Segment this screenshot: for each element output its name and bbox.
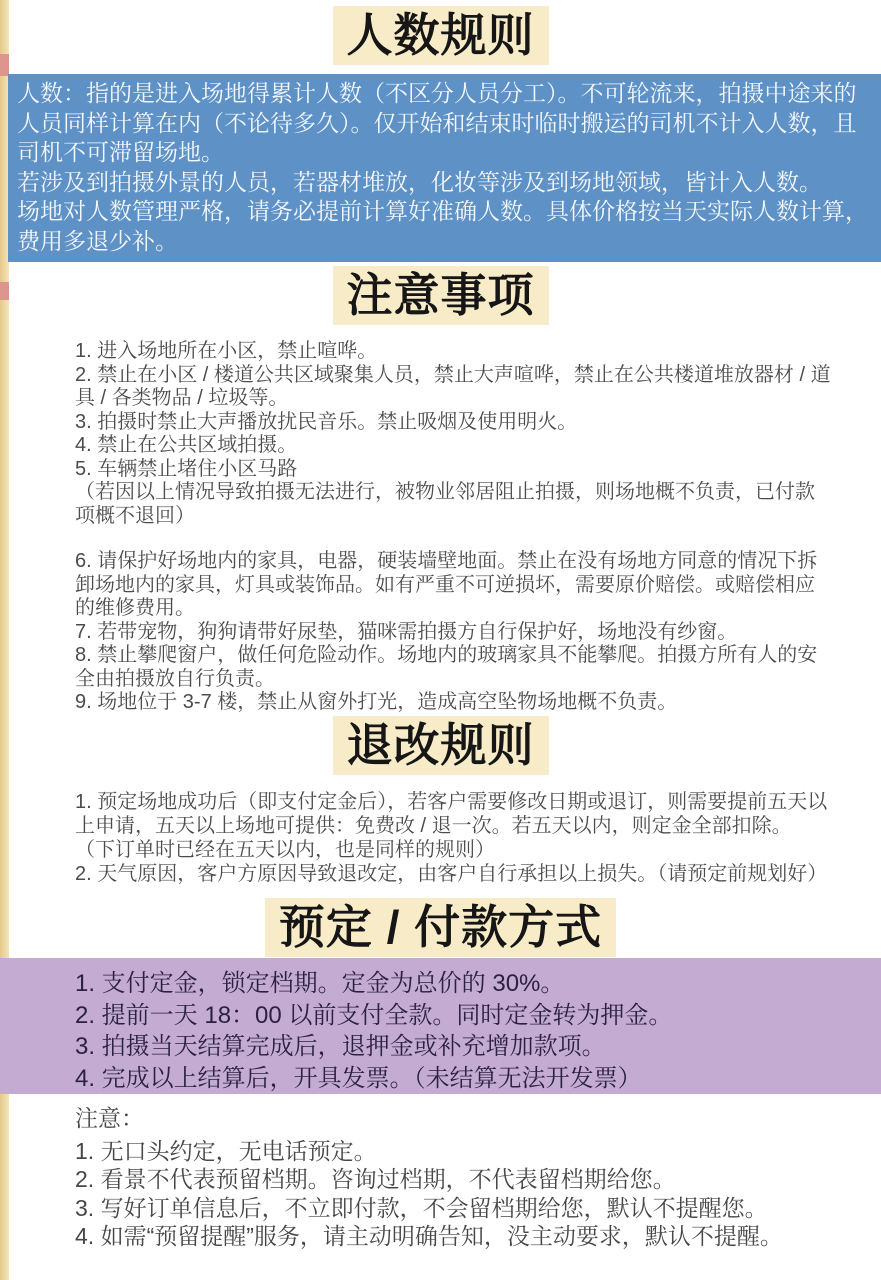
list-item: （下订单时已经在五天以内，也是同样的规则） [75, 838, 831, 862]
list-item: 9. 场地位于 3-7 楼，禁止从窗外打光，造成高空坠物场地概不负责。 [75, 691, 831, 715]
section-title-notes: 注意事项 [0, 266, 881, 325]
list-item: 1. 支付定金，锁定档期。定金为总价的 30%。 [75, 968, 861, 1000]
list-item: （若因以上情况导致拍摄无法进行，被物业邻居阻止拍摄，则场地概不负责，已付款项概不… [75, 481, 831, 528]
section-title-text: 预定 / 付款方式 [265, 898, 616, 957]
page: { "page": { "colors": { "title_highlight… [0, 0, 881, 1280]
section-title-text: 注意事项 [333, 266, 549, 325]
people-rules-box: 人数：指的是进入场地得累计人数（不区分人员分工）。不可轮流来，拍摄中途来的人员同… [8, 74, 881, 262]
list-item: 1. 预定场地成功后（即支付定金后），若客户需要修改日期或退订，则需要提前五天以… [75, 790, 831, 838]
final-note: 注意： 1. 无口头约定，无电话预定。 2. 看景不代表预留档期。咨询过档期，不… [75, 1104, 845, 1251]
list-item: 1. 无口头约定，无电话预定。 [75, 1137, 845, 1166]
list-item: 2. 天气原因，客户方原因导致退改定，由客户自行承担以上损失。（请预定前规划好） [75, 862, 831, 886]
list-item: 8. 禁止攀爬窗户，做任何危险动作。场地内的玻璃家具不能攀爬。拍摄方所有人的安全… [75, 644, 831, 691]
people-rules-paragraph: 人数：指的是进入场地得累计人数（不区分人员分工）。不可轮流来，拍摄中途来的人员同… [17, 79, 872, 168]
people-rules-paragraph: 若涉及到拍摄外景的人员，若器材堆放，化妆等涉及到场地领域，皆计入人数。 [17, 168, 872, 198]
people-rules-paragraph: 场地对人数管理严格，请务必提前计算好准确人数。具体价格按当天实际人数计算，费用多… [17, 197, 872, 256]
list-item: 7. 若带宠物，狗狗请带好尿垫，猫咪需拍摄方自行保护好，场地没有纱窗。 [75, 621, 831, 645]
list-item: 4. 完成以上结算后，开具发票。（未结算无法开发票） [75, 1063, 861, 1095]
section-title-text: 人数规则 [333, 6, 549, 65]
list-item: 2. 提前一天 18：00 以前支付全款。同时定金转为押金。 [75, 1000, 861, 1032]
list-item: 2. 禁止在小区 / 楼道公共区域聚集人员，禁止大声喧哗，禁止在公共楼道堆放器材… [75, 364, 831, 411]
section-title-text: 退改规则 [333, 716, 549, 775]
list-item: 3. 拍摄当天结算完成后，退押金或补充增加款项。 [75, 1031, 861, 1063]
refund-list: 1. 预定场地成功后（即支付定金后），若客户需要修改日期或退订，则需要提前五天以… [75, 790, 831, 886]
final-note-label: 注意： [75, 1104, 845, 1133]
list-item: 5. 车辆禁止堵住小区马路 [75, 458, 831, 482]
list-item: 4. 禁止在公共区域拍摄。 [75, 434, 831, 458]
list-item: 3. 写好订单信息后，不立即付款，不会留档期给您，默认不提醒您。 [75, 1194, 845, 1223]
payment-box: 1. 支付定金，锁定档期。定金为总价的 30%。 2. 提前一天 18：00 以… [0, 958, 881, 1094]
list-item: 2. 看景不代表预留档期。咨询过档期，不代表留档期给您。 [75, 1165, 845, 1194]
list-item: 4. 如需“预留提醒”服务，请主动明确告知，没主动要求，默认不提醒。 [75, 1222, 845, 1251]
section-title-payment: 预定 / 付款方式 [0, 898, 881, 957]
list-item: 3. 拍摄时禁止大声播放扰民音乐。禁止吸烟及使用明火。 [75, 411, 831, 435]
section-title-people-rules: 人数规则 [0, 6, 881, 65]
list-item: 6. 请保护好场地内的家具，电器，硬装墙壁地面。禁止在没有场地方同意的情况下拆卸… [75, 550, 831, 621]
notes-list: 1. 进入场地所在小区，禁止喧哗。 2. 禁止在小区 / 楼道公共区域聚集人员，… [75, 340, 831, 715]
list-item: 1. 进入场地所在小区，禁止喧哗。 [75, 340, 831, 364]
section-title-refund: 退改规则 [0, 716, 881, 775]
